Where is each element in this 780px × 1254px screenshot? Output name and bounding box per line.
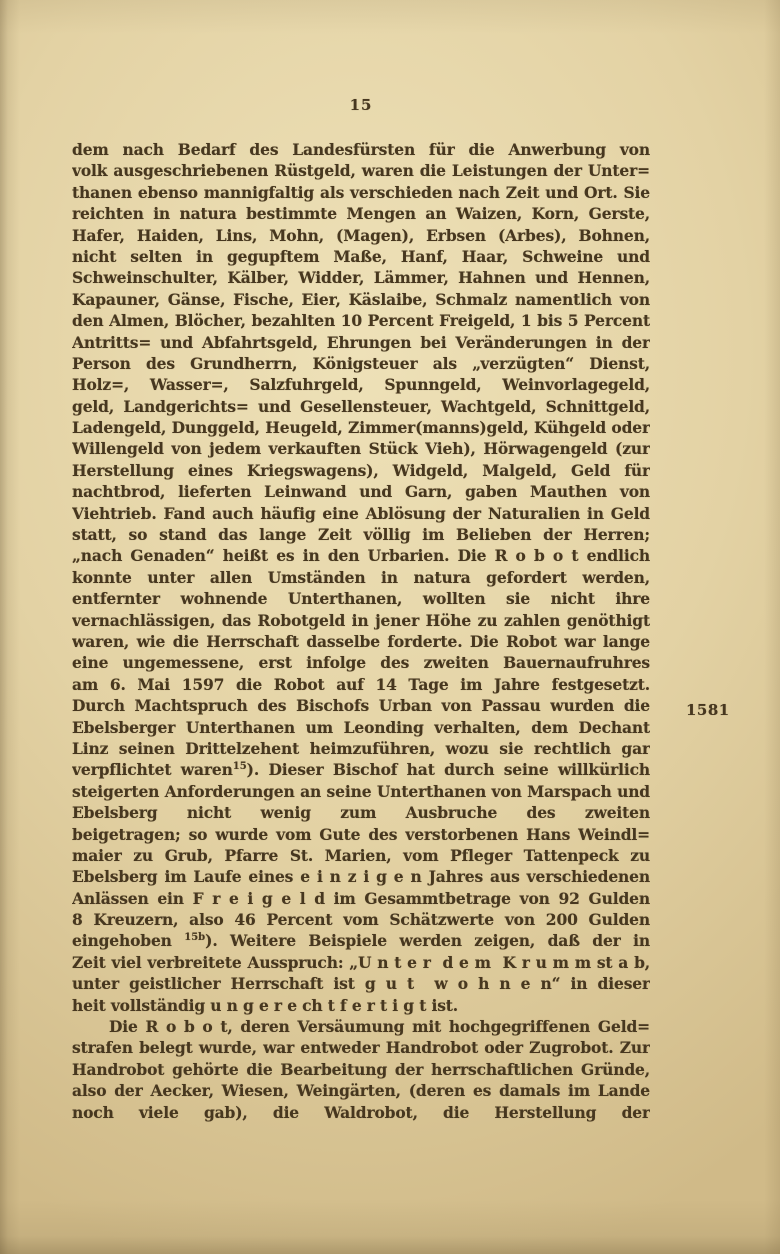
text-line: vernachlässigen, das Robotgeld in jener … <box>72 610 650 631</box>
text-line: Hafer, Haiden, Lins, Mohn, (Magen), Erbs… <box>72 225 650 246</box>
text-line: geld, Landgerichts= und Gesellensteuer, … <box>72 396 650 417</box>
text-line: Antritts= und Abfahrtsgeld, Ehrungen bei… <box>72 332 650 353</box>
text-line: konnte unter allen Umständen in natura g… <box>72 567 650 588</box>
page-number: 15 <box>72 96 650 114</box>
text-line: waren, wie die Herrschaft dasselbe forde… <box>72 631 650 652</box>
text-line: Willengeld von jedem verkauften Stück Vi… <box>72 438 650 459</box>
text-line: am 6. Mai 1597 die Robot auf 14 Tage im … <box>72 674 650 695</box>
text-line: Anlässen ein F r e i g e l d im Gesammtb… <box>72 888 650 909</box>
text-line: maier zu Grub, Pfarre St. Marien, vom Pf… <box>72 845 650 866</box>
text-line: den Almen, Blöcher, bezahlten 10 Percent… <box>72 310 650 331</box>
text-line: Person des Grundherrn, Königsteuer als „… <box>72 353 650 374</box>
text-line: 8 Kreuzern, also 46 Percent vom Schätzwe… <box>72 909 650 930</box>
text-line: Ebelsberg nicht wenig zum Ausbruche des … <box>72 802 650 823</box>
text-line: Schweinschulter, Kälber, Widder, Lämmer,… <box>72 267 650 288</box>
text-line: Handrobot gehörte die Bearbeitung der he… <box>72 1059 650 1080</box>
text-line: thanen ebenso mannigfaltig als verschied… <box>72 182 650 203</box>
text-line: Holz=, Wasser=, Salzfuhrgeld, Spunngeld,… <box>72 374 650 395</box>
text-line: Ebelsberg im Laufe eines e i n z i g e n… <box>72 866 650 887</box>
text-line: eingehoben 15b). Weitere Beispiele werde… <box>72 930 650 951</box>
text-line: nachtbrod, lieferten Leinwand und Garn, … <box>72 481 650 502</box>
text-line: Viehtrieb. Fand auch häufig eine Ablösun… <box>72 503 650 524</box>
text-line: volk ausgeschriebenen Rüstgeld, waren di… <box>72 160 650 181</box>
text-line: statt, so stand das lange Zeit völlig im… <box>72 524 650 545</box>
text-line: unter geistlicher Herrschaft ist g u t w… <box>72 973 650 994</box>
text-line: noch viele gab), die Waldrobot, die Hers… <box>72 1102 650 1123</box>
text-line: dem nach Bedarf des Landesfürsten für di… <box>72 139 650 160</box>
text-line: Die R o b o t, deren Versäumung mit hoch… <box>72 1016 650 1037</box>
text-line: Kapauner, Gänse, Fische, Eier, Käslaibe,… <box>72 289 650 310</box>
text-line: entfernter wohnende Unterthanen, wollten… <box>72 588 650 609</box>
text-line: „nach Genaden“ heißt es in den Urbarien.… <box>72 545 650 566</box>
text-line: heit vollständig u n g e r e ch t f e r … <box>72 995 650 1016</box>
text-line: Herstellung eines Kriegswagens), Widgeld… <box>72 460 650 481</box>
text-line: Durch Machtspruch des Bischofs Urban von… <box>72 695 650 716</box>
text-line: also der Aecker, Wiesen, Weingärten, (de… <box>72 1080 650 1101</box>
text-line: Ebelsberger Unterthanen um Leonding verh… <box>72 717 650 738</box>
page-body-text: dem nach Bedarf des Landesfürsten für di… <box>72 139 650 1123</box>
scanned-book-page: 15 1581 dem nach Bedarf des Landesfürste… <box>0 0 780 1254</box>
text-line: eine ungemessene, erst infolge des zweit… <box>72 652 650 673</box>
text-line: Ladengeld, Dunggeld, Heugeld, Zimmer(man… <box>72 417 650 438</box>
margin-year-note: 1581 <box>686 701 730 719</box>
text-line: Zeit viel verbreitete Ausspruch: „U n t … <box>72 952 650 973</box>
text-line: nicht selten in gegupftem Maße, Hanf, Ha… <box>72 246 650 267</box>
text-line: steigerten Anforderungen an seine Untert… <box>72 781 650 802</box>
text-line: verpflichtet waren15). Dieser Bischof ha… <box>72 759 650 780</box>
text-line: Linz seinen Drittelzehent heimzuführen, … <box>72 738 650 759</box>
text-line: reichten in natura bestimmte Mengen an W… <box>72 203 650 224</box>
text-line: beigetragen; so wurde vom Gute des verst… <box>72 824 650 845</box>
text-line: strafen belegt wurde, war entweder Handr… <box>72 1037 650 1058</box>
